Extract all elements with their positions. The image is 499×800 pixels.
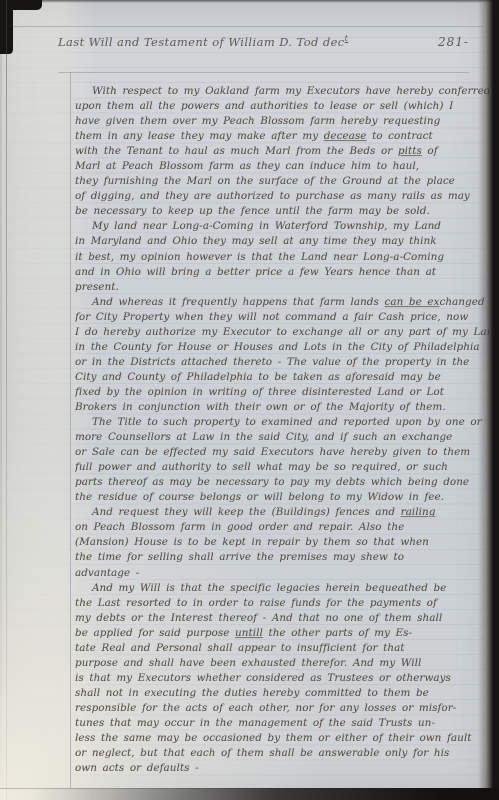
manuscript-line: more Counsellors at Law in the said City… [75,430,489,445]
manuscript-line: And my Will is that the specific legacie… [75,581,489,596]
margin-rule-line [70,72,71,788]
header-ruled-line [58,72,469,73]
manuscript-line: it best, my opinion however is that the … [75,250,489,265]
manuscript-line: fixed by the opinion in writing of three… [75,385,489,400]
manuscript-line: tunes that may occur in the management o… [75,716,489,731]
page-title-superscript: t [345,34,349,43]
scanned-will-page: Last Will and Testament of William D. To… [0,0,499,800]
page-number: 281- [438,35,469,49]
manuscript-line: the time for selling shall arrive the pr… [75,550,489,565]
manuscript-line: in Maryland and Ohio they may sell at an… [75,234,489,249]
manuscript-line: upon them all the powers and authorities… [75,99,489,114]
manuscript-line: Marl at Peach Blossom farm as they can i… [75,159,489,174]
manuscript-line: less the same may be occasioned by them … [75,731,489,746]
manuscript-line: be necessary to keep up the fence until … [75,204,489,219]
manuscript-line: With respect to my Oakland farm my Execu… [75,84,489,99]
manuscript-line: be applied for said purpose untill the o… [75,626,489,641]
manuscript-line: The Title to such property to examined a… [75,415,489,430]
manuscript-line: or in the Districts attached thereto - T… [75,355,489,370]
manuscript-line: tate Real and Personal shall appear to i… [75,641,489,656]
manuscript-line: or Sale can be effected my said Executor… [75,445,489,460]
manuscript-line: on Peach Blossom farm in good order and … [75,520,489,535]
page-title-text: Last Will and Testament of William D. To… [58,35,345,49]
manuscript-line: And whereas it frequently happens that f… [75,295,489,310]
top-ruled-line [10,26,483,27]
manuscript-line: full power and authority to sell what ma… [75,460,489,475]
manuscript-line: City and County of Philadelphia to be ta… [75,370,489,385]
manuscript-line: with the Tenant to haul as much Marl fro… [75,144,489,159]
manuscript-line: I do hereby authorize my Executor to exc… [75,325,489,340]
manuscript-line: shall not in executing the duties hereby… [75,686,489,701]
manuscript-body: With respect to my Oakland farm my Execu… [75,84,489,776]
page-title: Last Will and Testament of William D. To… [58,34,348,49]
manuscript-line: for City Property when they will not com… [75,310,489,325]
manuscript-line: responsible for the acts of each other, … [75,701,489,716]
manuscript-line: Brokers in conjunction with their own or… [75,400,489,415]
scan-border-top [0,0,499,3]
scan-border-top-left-band [0,0,42,10]
manuscript-line: advantage - [75,566,489,581]
manuscript-line: (Mansion) House is to be kept in repair … [75,535,489,550]
manuscript-line: have given them over my Peach Blossom fa… [75,114,489,129]
manuscript-line: the Last resorted to in order to raise f… [75,596,489,611]
manuscript-line: purpose and shall have been exhausted th… [75,656,489,671]
manuscript-line: or neglect, but that each of them shall … [75,746,489,761]
manuscript-line: And request they will keep the (Building… [75,505,489,520]
manuscript-line: them in any lease they may make after my… [75,129,489,144]
manuscript-line: parts thereof as may be necessary to pay… [75,475,489,490]
manuscript-line: own acts or defaults - [75,761,489,776]
manuscript-line: present. [75,280,489,295]
manuscript-line: is that my Executors whether considered … [75,671,489,686]
manuscript-line: they furnishing the Marl on the surface … [75,174,489,189]
manuscript-line: in the County for House or Houses and Lo… [75,340,489,355]
manuscript-line: my debts or the Interest thereof - And t… [75,611,489,626]
paper-edge-right [0,0,2,800]
manuscript-line: and in Ohio will bring a better price a … [75,265,489,280]
page-header: Last Will and Testament of William D. To… [58,34,469,49]
manuscript-line: the residue of course belongs or will be… [75,490,489,505]
manuscript-line: of digging, and they are authorized to p… [75,189,489,204]
manuscript-line: My land near Long-a-Coming in Waterford … [75,219,489,234]
